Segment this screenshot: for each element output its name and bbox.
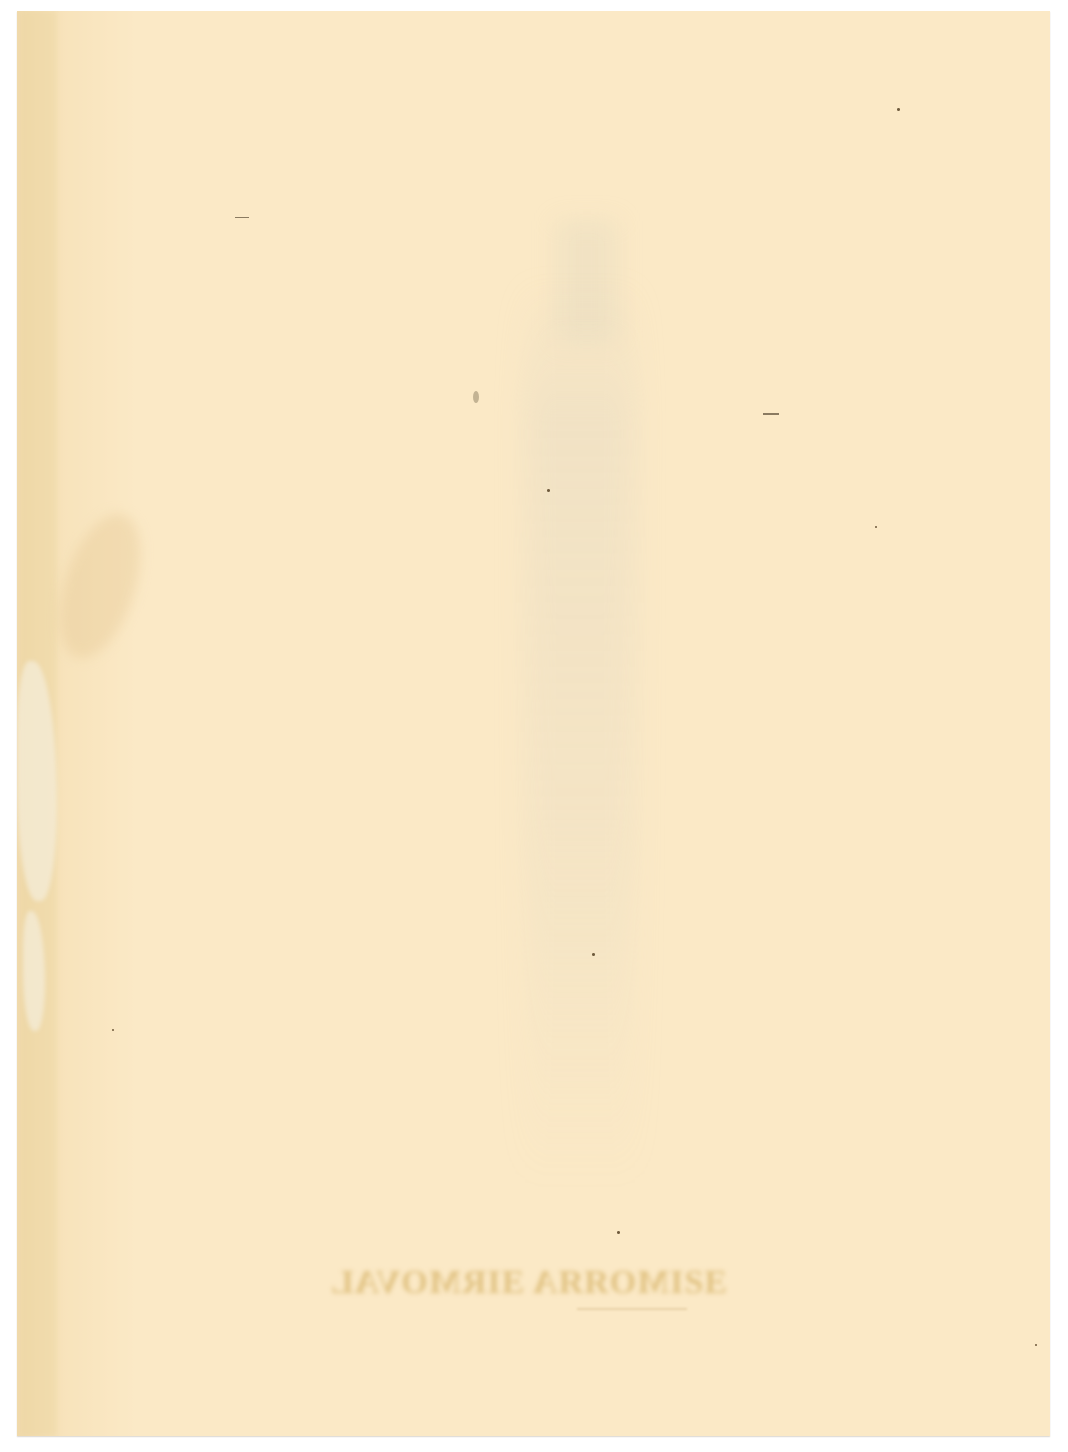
bleed-through-underline (577, 1308, 687, 1310)
dust-speck (1035, 1344, 1037, 1346)
dust-speck (897, 108, 900, 111)
dust-speck (763, 413, 779, 415)
paper-sheet: ƎƧIMOЯЯA ƎIRMOVAL (17, 11, 1050, 1436)
dust-speck (875, 526, 877, 528)
dust-speck (547, 489, 550, 492)
dust-speck (112, 1029, 114, 1031)
dust-speck (592, 953, 595, 956)
ghost-figure-bleed-through (525, 281, 635, 1181)
bleed-through-caption: ƎƧIMOЯЯA ƎIRMOVAL (347, 1264, 727, 1302)
dust-speck (235, 217, 249, 218)
dust-speck (617, 1231, 620, 1234)
dust-speck (473, 391, 479, 403)
